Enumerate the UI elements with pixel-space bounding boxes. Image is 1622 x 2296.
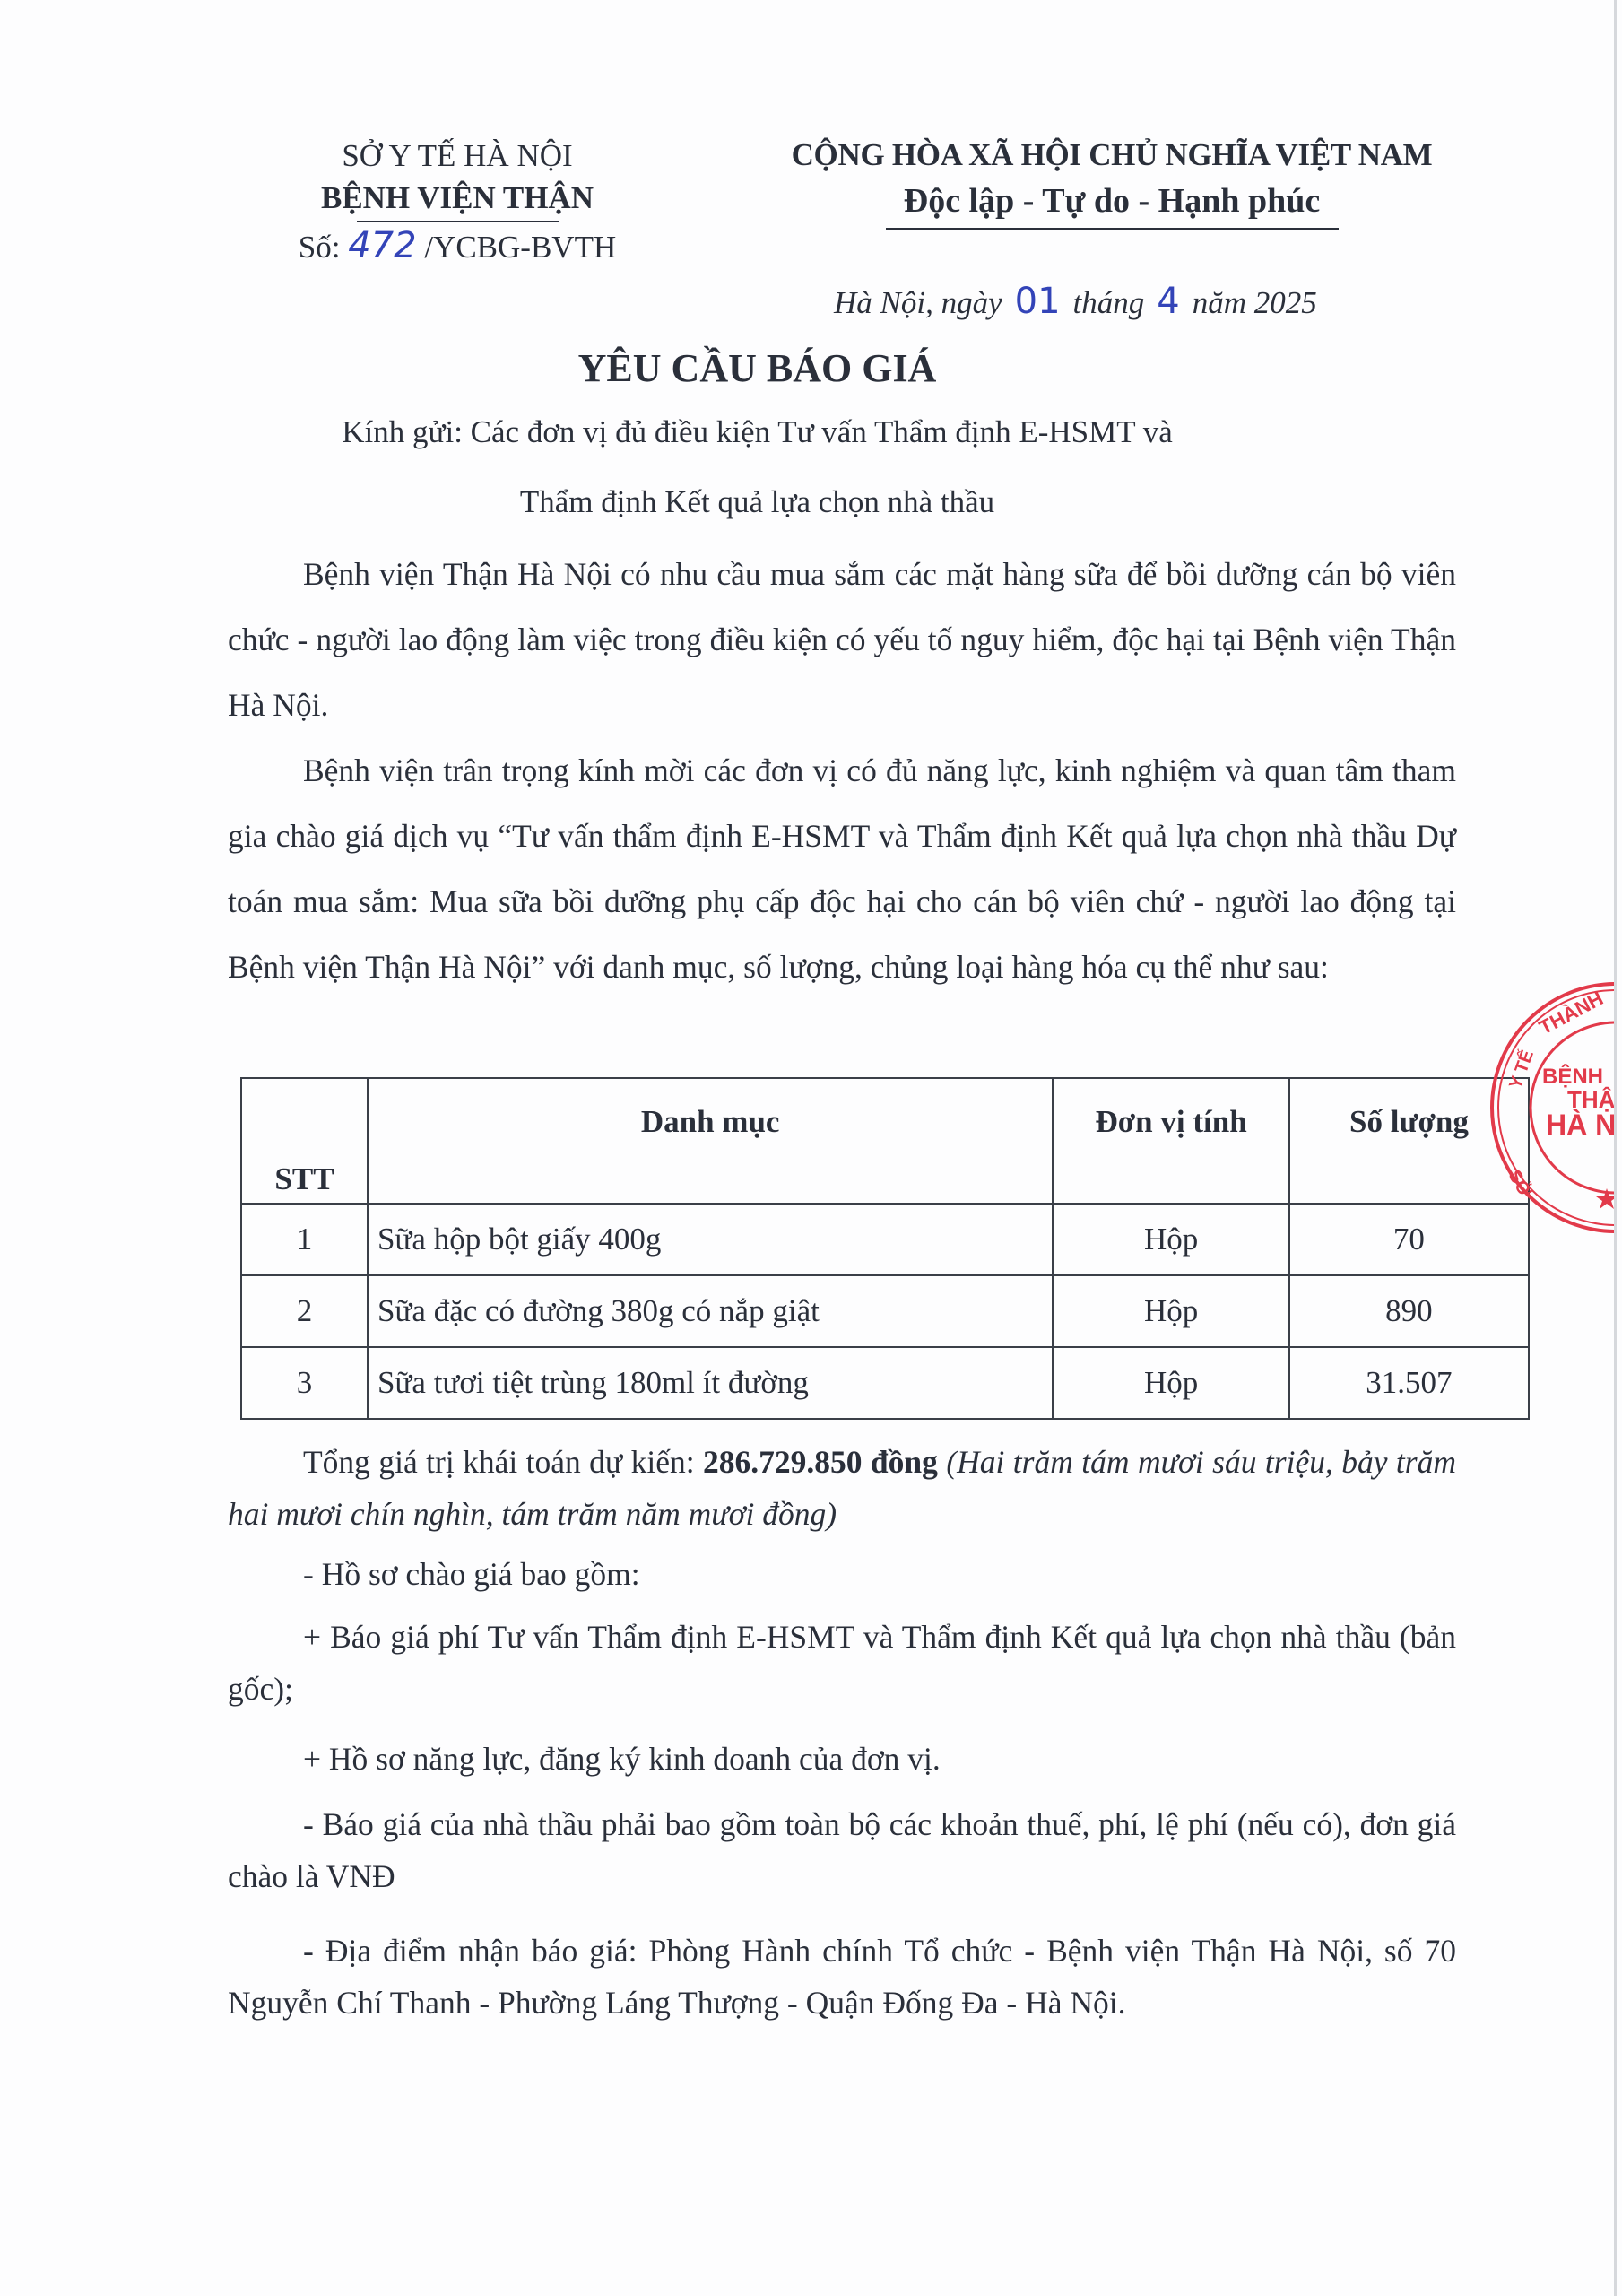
department-name: SỞ Y TẾ HÀ NỘI	[260, 135, 655, 178]
price-note: - Báo giá của nhà thầu phải bao gồm toàn…	[228, 1798, 1456, 1902]
total-amount: 286.729.850 đồng	[703, 1444, 938, 1480]
recipient-line-1: Kính gửi: Các đơn vị đủ điều kiện Tư vấn…	[0, 414, 1568, 450]
docs-item-profile: + Hồ sơ năng lực, đăng ký kinh doanh của…	[228, 1726, 1456, 1792]
recipient-line-2: Thẩm định Kết quả lựa chọn nhà thầu	[0, 484, 1568, 520]
submission-address: - Địa điểm nhận báo giá: Phòng Hành chín…	[228, 1925, 1456, 2029]
year-text: năm 2025	[1193, 285, 1317, 320]
cell-unit: Hộp	[1053, 1275, 1289, 1347]
cell-qty: 890	[1289, 1275, 1529, 1347]
cell-stt: 2	[241, 1275, 368, 1347]
cell-qty: 31.507	[1289, 1347, 1529, 1419]
month-label: tháng	[1073, 285, 1145, 320]
motto-underline	[886, 228, 1339, 230]
table-row: 1 Sữa hộp bột giấy 400g Hộp 70	[241, 1204, 1529, 1275]
total-label: Tổng giá trị khái toán dự kiến:	[303, 1444, 695, 1480]
day-handwritten: 01	[1015, 281, 1061, 322]
cell-unit: Hộp	[1053, 1204, 1289, 1275]
national-motto: Độc lập - Tự do - Hạnh phúc	[762, 178, 1462, 224]
stamp-seal-icon: THÀNH Y TẾ SỞ BỆNH THẬ HÀ N	[1481, 973, 1622, 1242]
organization-name: BỆNH VIỆN THẬN	[260, 178, 655, 219]
month-handwritten: 4	[1157, 281, 1179, 322]
date-prefix: Hà Nội, ngày	[834, 285, 1002, 320]
svg-text:BỆNH: BỆNH	[1542, 1064, 1603, 1089]
docs-item-quote: + Báo giá phí Tư vấn Thẩm định E-HSMT và…	[228, 1611, 1456, 1715]
document-title: YÊU CẦU BÁO GIÁ	[0, 345, 1568, 391]
cell-stt: 3	[241, 1347, 368, 1419]
table-row: 3 Sữa tươi tiệt trùng 180ml ít đường Hộp…	[241, 1347, 1529, 1419]
number-handwritten: 472	[348, 225, 416, 266]
paragraph-invitation: Bệnh viện trân trọng kính mời các đơn vị…	[228, 738, 1456, 1000]
national-header: CỘNG HÒA XÃ HỘI CHỦ NGHĨA VIỆT NAM Độc l…	[762, 133, 1462, 230]
issuer-block: SỞ Y TẾ HÀ NỘI BỆNH VIỆN THẬN Số: 472 /Y…	[260, 135, 655, 271]
table-row: 2 Sữa đặc có đường 380g có nắp giật Hộp …	[241, 1275, 1529, 1347]
svg-text:HÀ N: HÀ N	[1546, 1109, 1616, 1141]
total-estimate: Tổng giá trị khái toán dự kiến: 286.729.…	[228, 1436, 1456, 1540]
number-suffix: /YCBG-BVTH	[424, 230, 616, 265]
header-stt: STT	[241, 1078, 368, 1204]
number-prefix: Số:	[299, 230, 341, 265]
date-line: Hà Nội, ngày01tháng4năm 2025	[834, 281, 1317, 322]
document-number: Số: 472 /YCBG-BVTH	[260, 222, 655, 271]
header-unit: Đơn vị tính	[1053, 1078, 1289, 1204]
cell-name: Sữa đặc có đường 380g có nắp giật	[368, 1275, 1053, 1347]
cell-unit: Hộp	[1053, 1347, 1289, 1419]
cell-stt: 1	[241, 1204, 368, 1275]
header-name: Danh mục	[368, 1078, 1053, 1204]
paragraph-need: Bệnh viện Thận Hà Nội có nhu cầu mua sắm…	[228, 542, 1456, 738]
docs-heading: - Hồ sơ chào giá bao gồm:	[228, 1542, 1456, 1607]
table-header-row: STT Danh mục Đơn vị tính Số lượng	[241, 1078, 1529, 1204]
items-table: STT Danh mục Đơn vị tính Số lượng 1 Sữa …	[240, 1077, 1530, 1420]
cell-name: Sữa tươi tiệt trùng 180ml ít đường	[368, 1347, 1053, 1419]
country-name: CỘNG HÒA XÃ HỘI CHỦ NGHĨA VIỆT NAM	[762, 133, 1462, 178]
official-stamp: THÀNH Y TẾ SỞ BỆNH THẬ HÀ N	[1481, 973, 1622, 1242]
cell-name: Sữa hộp bột giấy 400g	[368, 1204, 1053, 1275]
svg-text:THÀNH: THÀNH	[1535, 987, 1607, 1039]
